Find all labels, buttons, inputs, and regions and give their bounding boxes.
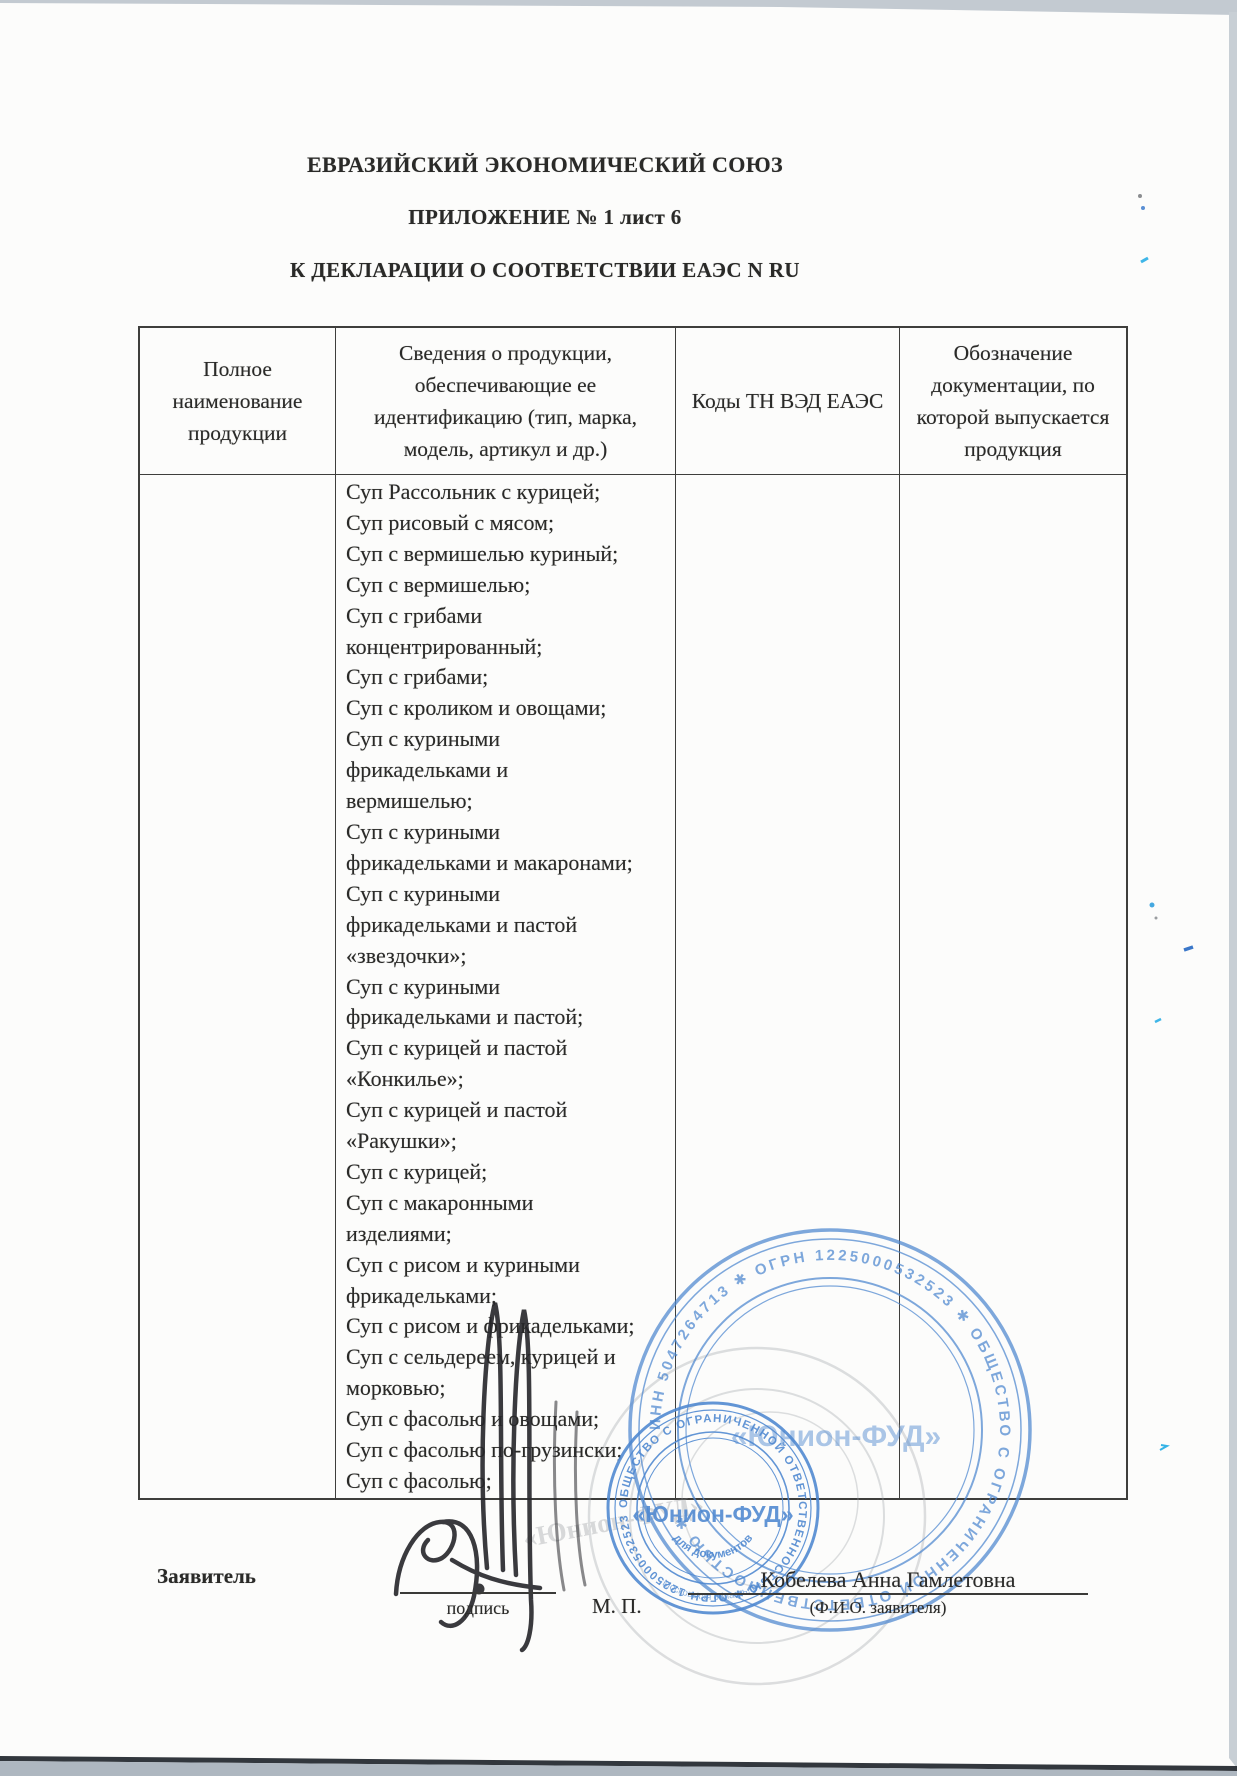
product-detail-line: вермишелью;	[346, 786, 675, 817]
product-detail-line: Суп с рисом и фрикадельками;	[346, 1311, 675, 1342]
applicant-label: Заявитель	[157, 1564, 256, 1589]
product-detail-line: Суп с сельдереем, курицей и	[346, 1342, 675, 1373]
product-detail-line: фрикадельками и пастой;	[346, 1002, 675, 1033]
product-detail-line: морковью;	[346, 1373, 675, 1404]
product-detail-line: фрикадельками и пастой	[346, 910, 675, 941]
product-detail-line: Суп с куриными	[346, 972, 675, 1003]
stamp-company-main: «Юнион-ФУД»	[632, 1501, 793, 1527]
col-header-tnved-codes: Коды ТН ВЭД ЕАЭС	[676, 328, 900, 475]
signature-line	[400, 1592, 556, 1594]
products-table: Полное наименование продукции Сведения о…	[138, 326, 1128, 1500]
product-detail-line: Суп с грибами	[346, 601, 675, 632]
product-detail-line: Суп с куриными	[346, 724, 675, 755]
product-detail-line: Суп с вермишелью;	[346, 570, 675, 601]
stamp-purpose-text: для документов	[671, 1532, 756, 1561]
product-detail-line: Суп с курицей;	[346, 1157, 675, 1188]
product-detail-line: Суп с фасолью и овощами;	[346, 1404, 675, 1435]
signature-caption: подпись	[398, 1598, 558, 1619]
col-header-product-name: Полное наименование продукции	[140, 328, 336, 475]
product-detail-line: Суп с фасолью по-грузински;	[346, 1435, 675, 1466]
product-detail-line: Суп с куриными	[346, 879, 675, 910]
product-detail-line: «звездочки»;	[346, 941, 675, 972]
seal-place-abbreviation: М. П.	[592, 1594, 642, 1619]
product-detail-line: «Ракушки»;	[346, 1126, 675, 1157]
cell-documentation	[900, 475, 1126, 1498]
cell-tnved-codes	[676, 475, 900, 1498]
product-detail-line: Суп с фасолью;	[346, 1466, 675, 1497]
svg-text:для документов: для документов	[671, 1532, 756, 1561]
applicant-name-line	[688, 1593, 1088, 1595]
title-annex-sheet: ПРИЛОЖЕНИЕ № 1 лист 6	[130, 205, 960, 230]
product-detail-line: Суп с вермишелью куриный;	[346, 539, 675, 570]
product-detail-line: концентрированный;	[346, 632, 675, 663]
applicant-name: Кобелева Анна Гамлетовна	[688, 1567, 1088, 1593]
product-detail-line: фрикадельками и макаронами;	[346, 848, 675, 879]
cell-product-name	[140, 475, 336, 1498]
product-detail-line: «Конкилье»;	[346, 1064, 675, 1095]
product-detail-line: Суп с макаронными	[346, 1188, 675, 1219]
col-header-documentation: Обозначение документации, по которой вып…	[900, 328, 1126, 475]
product-detail-line: Суп с кроликом и овощами;	[346, 693, 675, 724]
product-detail-line: Суп Рассольник с курицей;	[346, 477, 675, 508]
title-declaration: К ДЕКЛАРАЦИИ О СООТВЕТСТВИИ ЕАЭС N RU	[130, 258, 960, 283]
col-header-product-details: Сведения о продукции, обеспечивающие ее …	[336, 328, 676, 475]
product-detail-line: Суп с грибами;	[346, 662, 675, 693]
product-detail-line: изделиями;	[346, 1219, 675, 1250]
scanned-document-page: ЕВРАЗИЙСКИЙ ЭКОНОМИЧЕСКИЙ СОЮЗ ПРИЛОЖЕНИ…	[0, 0, 1237, 1776]
product-detail-line: фрикадельками;	[346, 1281, 675, 1312]
product-detail-line: Суп с курицей и пастой	[346, 1095, 675, 1126]
product-detail-line: фрикадельками и	[346, 755, 675, 786]
product-detail-line: Суп с курицей и пастой	[346, 1033, 675, 1064]
product-detail-line: Суп с рисом и куриными	[346, 1250, 675, 1281]
product-detail-line: Суп с куриными	[346, 817, 675, 848]
title-eurasian-union: ЕВРАЗИЙСКИЙ ЭКОНОМИЧЕСКИЙ СОЮЗ	[130, 152, 960, 178]
product-detail-line: Суп рисовый с мясом;	[346, 508, 675, 539]
applicant-name-caption: (Ф.И.О. заявителя)	[688, 1598, 1068, 1618]
cell-product-details: Суп Рассольник с курицей;Суп рисовый с м…	[336, 475, 676, 1498]
